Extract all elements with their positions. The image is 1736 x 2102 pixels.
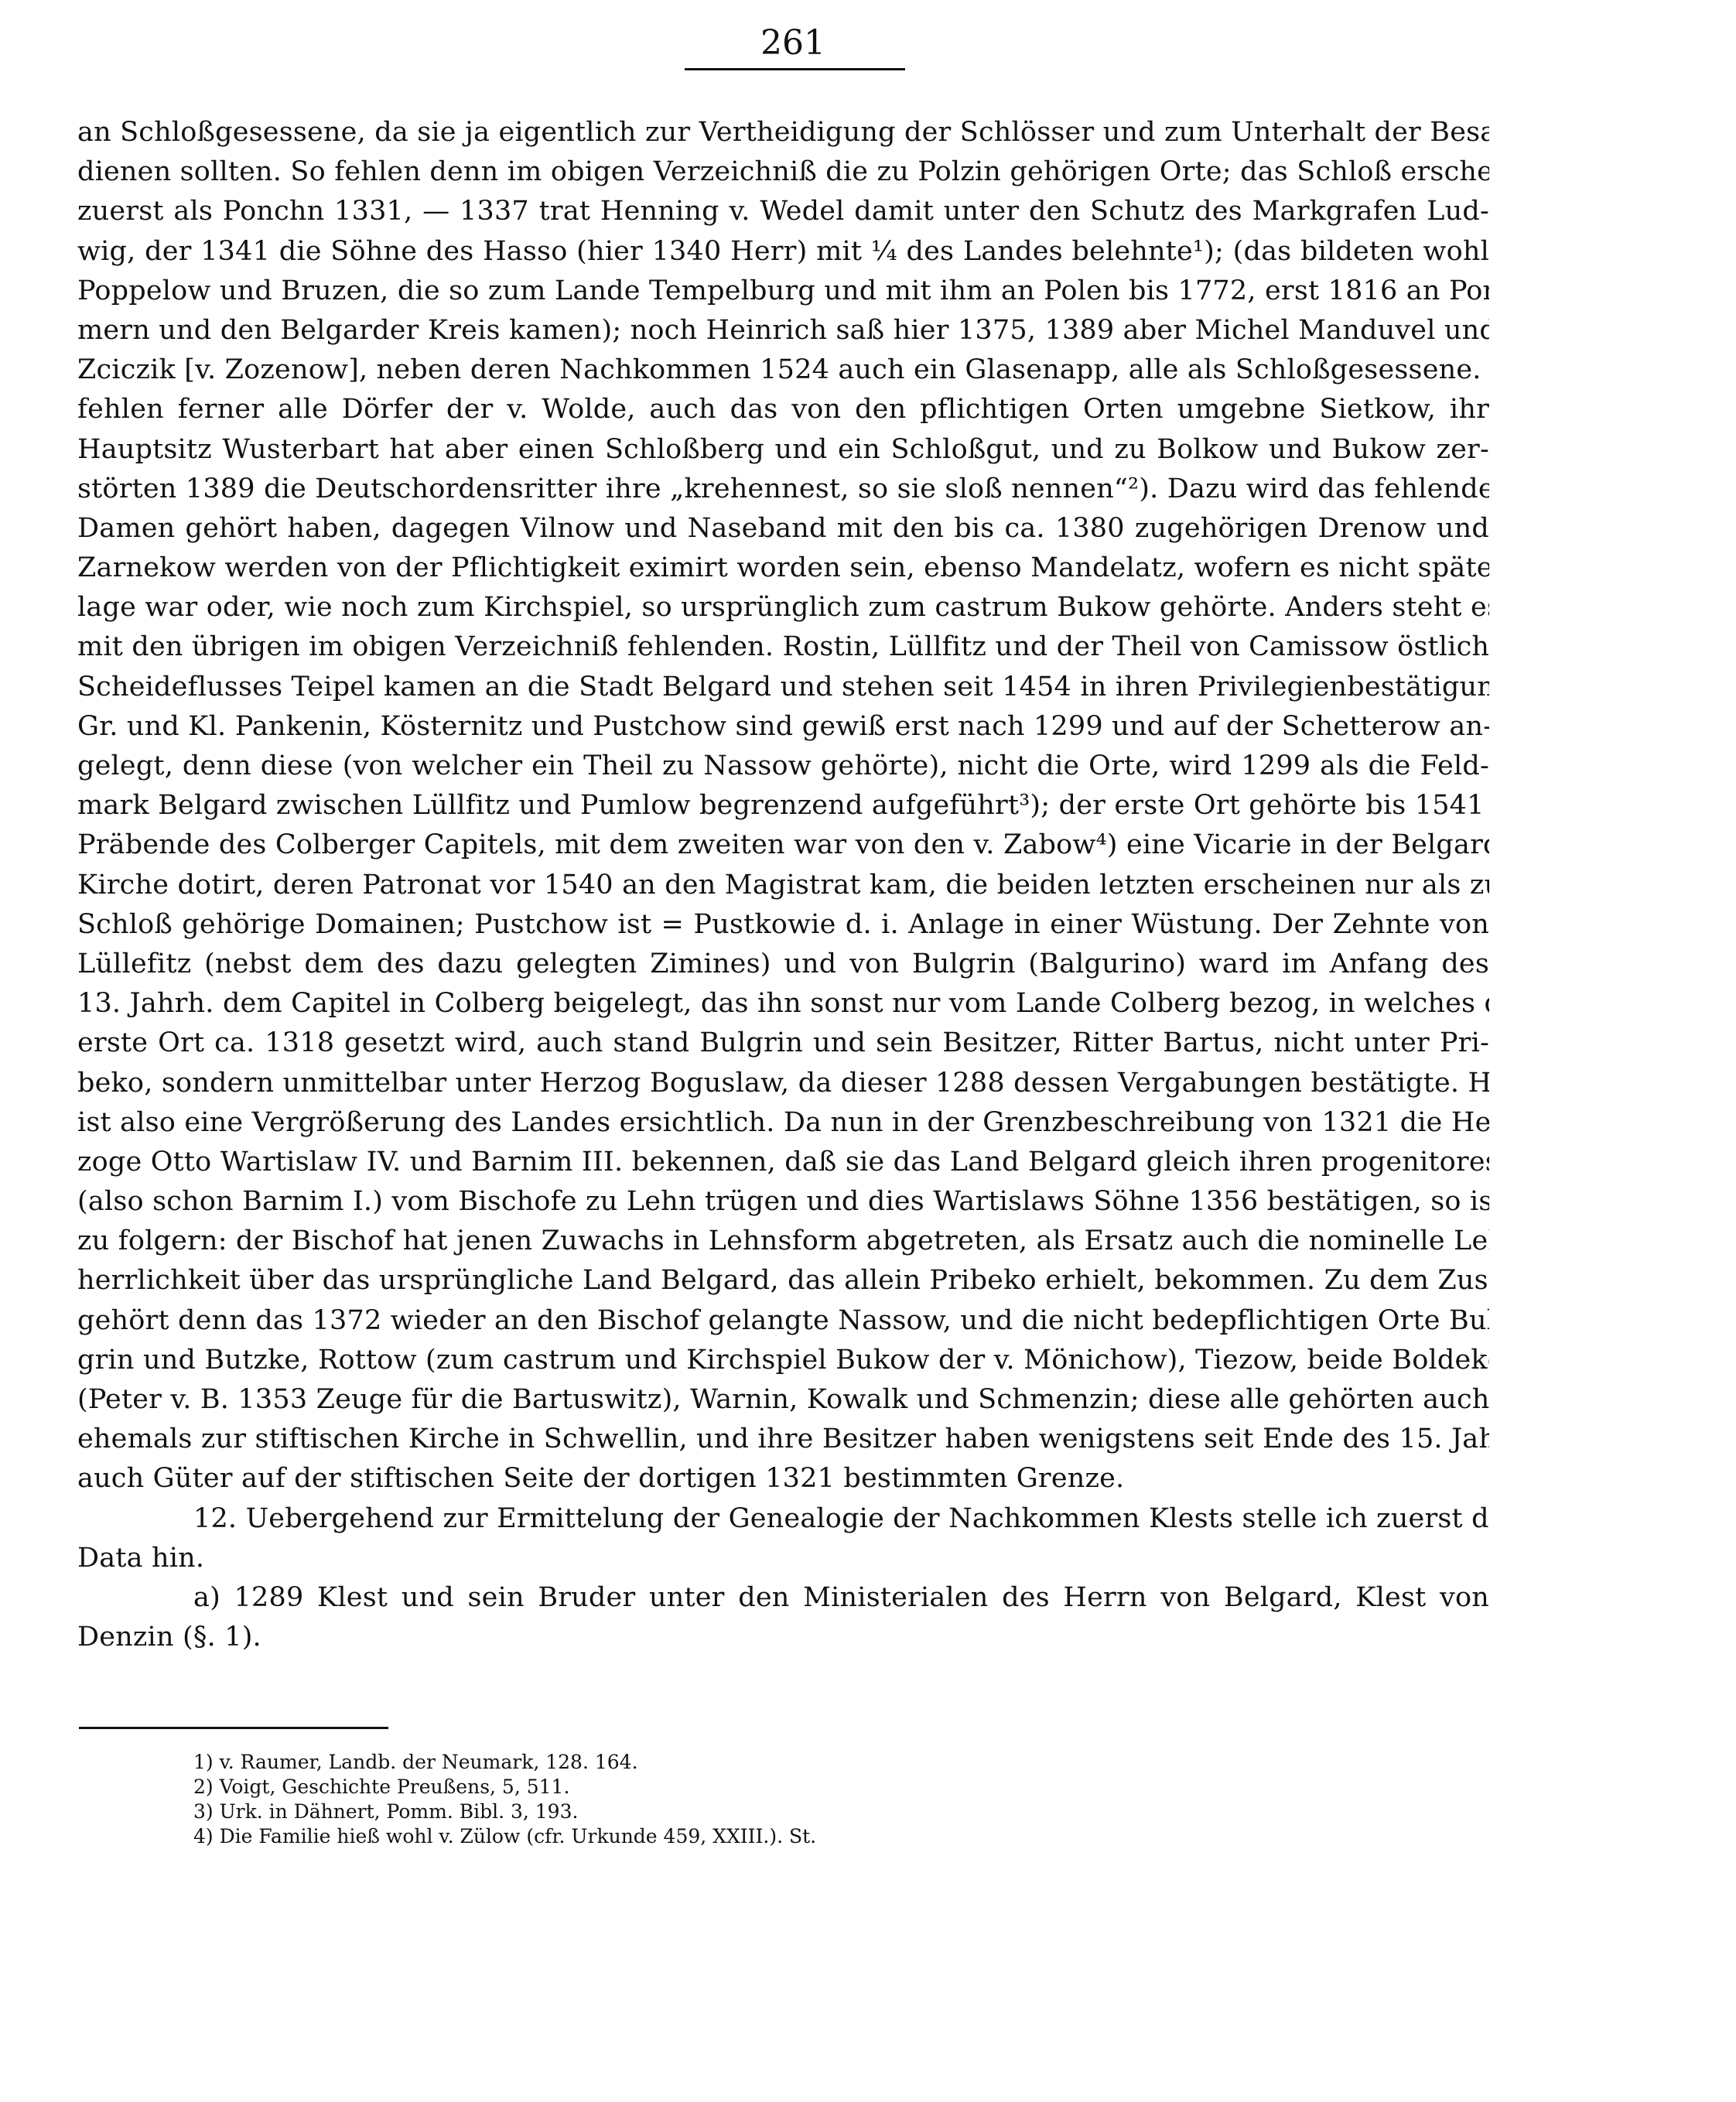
text-line: zuerst als Ponchn 1331, — 1337 trat Henn… bbox=[77, 192, 1489, 231]
text-line: Kirche dotirt, deren Patronat vor 1540 a… bbox=[77, 866, 1489, 905]
page-number: 261 bbox=[0, 23, 1586, 63]
section-12-line: 12. Uebergehend zur Ermittelung der Gene… bbox=[77, 1499, 1489, 1539]
text-line: Scheideflusses Teipel kamen an die Stadt… bbox=[77, 668, 1489, 707]
text-line: 13. Jahrh. dem Capitel in Colberg beigel… bbox=[77, 984, 1489, 1024]
footnotes: 1) v. Raumer, Landb. der Neumark, 128. 1… bbox=[193, 1750, 1431, 1849]
text-line: Schloß gehörige Domainen; Pustchow ist =… bbox=[77, 905, 1489, 945]
text-line: ist also eine Vergrößerung des Landes er… bbox=[77, 1103, 1489, 1143]
text-line: gehört denn das 1372 wieder an den Bisch… bbox=[77, 1301, 1489, 1341]
text-line: mit den übrigen im obigen Verzeichniß fe… bbox=[77, 627, 1489, 667]
text-line: Poppelow und Bruzen, die so zum Lande Te… bbox=[77, 272, 1489, 311]
text-line: mern und den Belgarder Kreis kamen); noc… bbox=[77, 311, 1489, 350]
footnote: 3) Urk. in Dähnert, Pomm. Bibl. 3, 193. bbox=[193, 1800, 1431, 1824]
text-line: Damen gehört haben, dagegen Vilnow und N… bbox=[77, 509, 1489, 549]
text-line: Lüllefitz (nebst dem des dazu gelegten Z… bbox=[77, 945, 1489, 984]
text-line: störten 1389 die Deutschordensritter ihr… bbox=[77, 470, 1489, 509]
footnote: 1) v. Raumer, Landb. der Neumark, 128. 1… bbox=[193, 1750, 1431, 1775]
footnote: 4) Die Familie hieß wohl v. Zülow (cfr. … bbox=[193, 1824, 1431, 1849]
text-line: grin und Butzke, Rottow (zum castrum und… bbox=[77, 1341, 1489, 1380]
text-line: lage war oder, wie noch zum Kirchspiel, … bbox=[77, 588, 1489, 627]
text-line: gelegt, denn diese (von welcher ein Thei… bbox=[77, 747, 1489, 786]
text-line: auch Güter auf der stiftischen Seite der… bbox=[77, 1459, 1489, 1499]
body-text: an Schloßgesessene, da sie ja eigentlich… bbox=[77, 113, 1489, 1657]
text-line: zu folgern: der Bischof hat jenen Zuwach… bbox=[77, 1222, 1489, 1261]
item-a-line: a) 1289 Klest und sein Bruder unter den … bbox=[77, 1578, 1489, 1618]
text-line: (Peter v. B. 1353 Zeuge für die Bartuswi… bbox=[77, 1380, 1489, 1420]
header-rule bbox=[685, 68, 905, 70]
text-line: mark Belgard zwischen Lüllfitz und Pumlo… bbox=[77, 786, 1489, 825]
text-line: Zarnekow werden von der Pflichtigkeit ex… bbox=[77, 549, 1489, 588]
item-a-line: Denzin (§. 1). bbox=[77, 1618, 1489, 1657]
text-line: dienen sollten. So fehlen denn im obigen… bbox=[77, 152, 1489, 192]
text-line: Zciczik [v. Zozenow], neben deren Nachko… bbox=[77, 350, 1489, 390]
text-line: Hauptsitz Wusterbart hat aber einen Schl… bbox=[77, 430, 1489, 470]
text-line: wig, der 1341 die Söhne des Hasso (hier … bbox=[77, 232, 1489, 272]
text-line: zoge Otto Wartislaw IV. und Barnim III. … bbox=[77, 1143, 1489, 1182]
footnote: 2) Voigt, Geschichte Preußens, 5, 511. bbox=[193, 1775, 1431, 1800]
text-line: beko, sondern unmittelbar unter Herzog B… bbox=[77, 1064, 1489, 1103]
text-line: Gr. und Kl. Pankenin, Kösternitz und Pus… bbox=[77, 707, 1489, 747]
text-line: erste Ort ca. 1318 gesetzt wird, auch st… bbox=[77, 1024, 1489, 1063]
text-line: herrlichkeit über das ursprüngliche Land… bbox=[77, 1261, 1489, 1301]
text-line: an Schloßgesessene, da sie ja eigentlich… bbox=[77, 113, 1489, 152]
text-line: Präbende des Colberger Capitels, mit dem… bbox=[77, 825, 1489, 865]
text-line: fehlen ferner alle Dörfer der v. Wolde, … bbox=[77, 390, 1489, 429]
section-12-line: Data hin. bbox=[77, 1539, 1489, 1578]
text-line: ehemals zur stiftischen Kirche in Schwel… bbox=[77, 1420, 1489, 1459]
text-line: (also schon Barnim I.) vom Bischofe zu L… bbox=[77, 1182, 1489, 1222]
footnote-rule bbox=[79, 1727, 388, 1729]
